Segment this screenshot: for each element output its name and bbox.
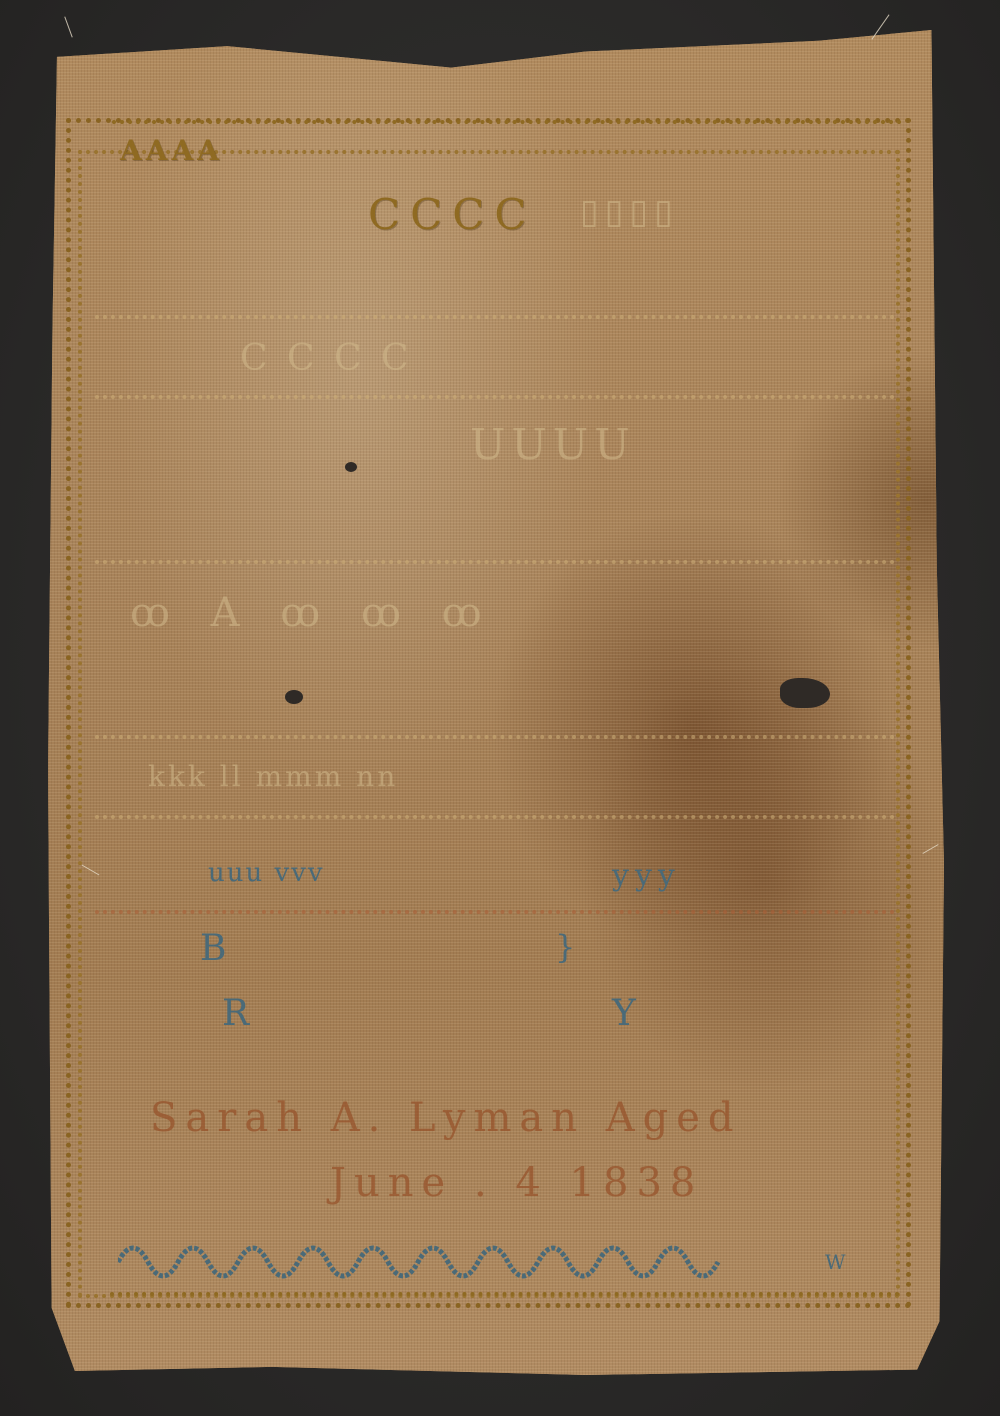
top-band-upper-line — [112, 120, 902, 129]
bottom-border-line — [110, 1292, 900, 1301]
row-separator — [95, 560, 895, 569]
alphabet-row-4: UUUU — [470, 420, 890, 469]
row-separator-rust — [95, 910, 895, 919]
row-separator — [95, 395, 895, 404]
signature-line: Sarah A. Lyman Aged — [150, 1095, 890, 1141]
faded-letters-row-1: ▯▯▯▯ — [580, 192, 890, 232]
corner-initial: W — [825, 1250, 890, 1274]
row-separator — [95, 815, 895, 824]
fabric-hole — [345, 462, 357, 472]
fabric-hole — [285, 690, 303, 704]
alphabet-row-9-blue-y: Y — [612, 993, 890, 1034]
row-separator — [95, 735, 895, 744]
alphabet-row-3: C C C C — [240, 338, 890, 379]
alphabet-row-5: ꝏ A ꝏ ꝏ ꝏ — [130, 590, 890, 636]
alphabet-row-8-blue-mark: } — [555, 928, 890, 966]
wave-scroll-border — [118, 1232, 738, 1282]
top-band-letters: AAAA — [120, 134, 890, 167]
date-line: June . 4 1838 — [330, 1160, 890, 1206]
fabric-tear — [780, 678, 830, 708]
alphabet-row-6: kkk ll mmm nn — [148, 760, 890, 793]
alphabet-row-7-blue-y: yyy — [612, 858, 890, 893]
row-separator — [95, 315, 895, 324]
